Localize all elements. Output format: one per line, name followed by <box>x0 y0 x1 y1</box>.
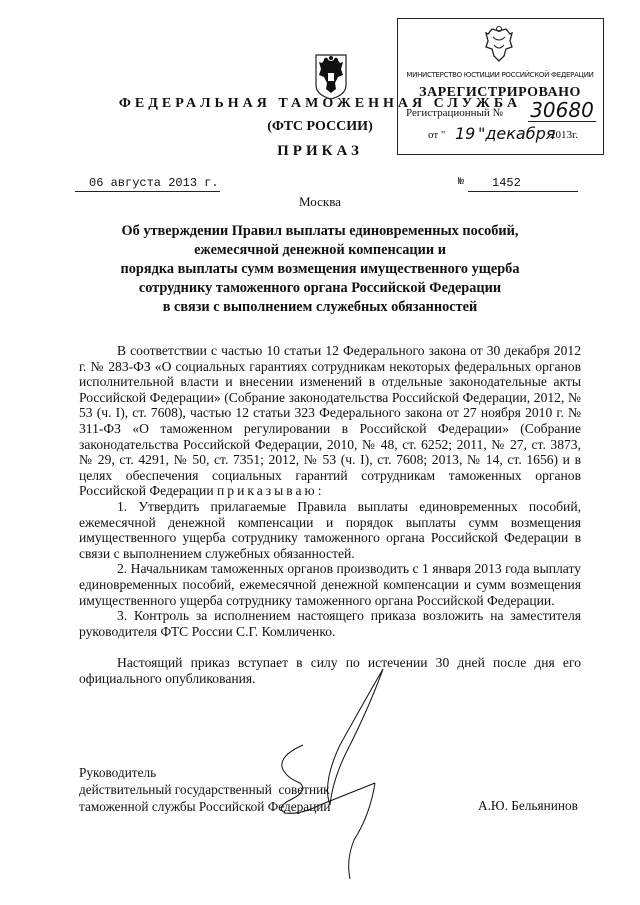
signatory-line: действительный государственный советник <box>79 781 331 798</box>
stamp-date-prefix: от " <box>428 129 445 141</box>
stamp-year: 2013г. <box>550 129 578 141</box>
stamp-reg-number: 30680 <box>528 99 596 122</box>
title-line: порядка выплаты сумм возмещения имуществ… <box>80 260 560 279</box>
document-title: Об утверждении Правил выплаты единовреме… <box>80 222 560 317</box>
order-item-2: 2. Начальникам таможенных органов произв… <box>79 561 581 608</box>
stamp-month: "декабря <box>478 124 555 143</box>
stamp-ministry: МИНИСТЕРСТВО ЮСТИЦИИ РОССИЙСКОЙ ФЕДЕРАЦИ… <box>398 71 602 79</box>
signatory-line: Руководитель <box>79 764 331 781</box>
title-line: ежемесячной денежной компенсации и <box>80 241 560 260</box>
preamble-text: В соответствии с частью 10 статьи 12 Фед… <box>79 343 581 498</box>
signatory-title: Руководитель действительный государствен… <box>79 764 331 815</box>
city: Москва <box>0 194 640 210</box>
signatory-line: таможенной службы Российской Федерации <box>79 798 331 815</box>
title-line: сотруднику таможенного органа Российской… <box>80 279 560 298</box>
stamp-coat-of-arms-icon <box>482 25 516 65</box>
order-number: 1452 <box>468 176 578 192</box>
order-date: 06 августа 2013 г. <box>75 176 220 192</box>
document-body: В соответствии с частью 10 статьи 12 Фед… <box>79 343 581 686</box>
order-item-3: 3. Контроль за исполнением настоящего пр… <box>79 608 581 639</box>
effective-clause: Настоящий приказ вступает в силу по исте… <box>79 655 581 686</box>
signatory-name: А.Ю. Бельянинов <box>478 798 578 814</box>
russian-coat-of-arms-icon <box>313 53 349 101</box>
title-line: Об утверждении Правил выплаты единовреме… <box>80 222 560 241</box>
title-line: в связи с выполнением служебных обязанно… <box>80 298 560 317</box>
number-sign: № <box>458 177 464 188</box>
stamp-day: 19 <box>455 124 475 143</box>
registration-stamp: МИНИСТЕРСТВО ЮСТИЦИИ РОССИЙСКОЙ ФЕДЕРАЦИ… <box>397 18 604 155</box>
order-item-1: 1. Утвердить прилагаемые Правила выплаты… <box>79 499 581 561</box>
stamp-reg-label: Регистрационный № <box>406 107 503 119</box>
preamble-paragraph: В соответствии с частью 10 статьи 12 Фед… <box>79 343 581 499</box>
order-word: приказываю: <box>217 483 325 498</box>
